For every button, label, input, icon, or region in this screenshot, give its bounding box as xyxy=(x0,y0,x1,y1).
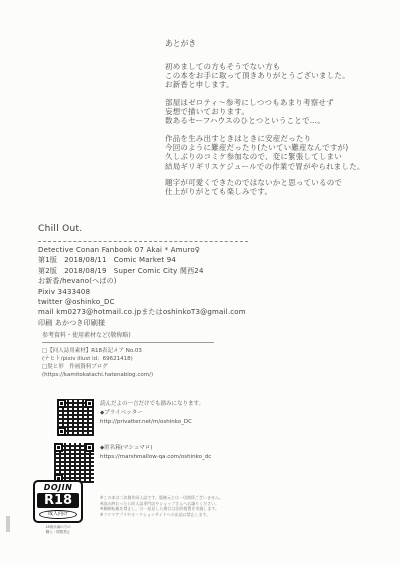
r18-badge-frame: DOJIN R18 成人向け xyxy=(33,480,83,523)
badge-caption: 18歳未満の方の 購入・閲覧禁止 xyxy=(33,525,83,534)
colophon-mail: mail km0273@hotmail.co.jpまたはoshinkoT3@gm… xyxy=(38,307,246,317)
afterword-paragraph-2: 部屋はゼロティ〜参考にしつつもあまり考察せず 妄想で描いております。 数あるセー… xyxy=(165,98,334,126)
marshmallow-url: https://marshmallow-qa.com/oshinko_dc xyxy=(100,453,211,462)
qr-code-privatter xyxy=(55,397,96,438)
afterword-line: 仕上がりがとても楽しみです。 xyxy=(165,187,342,196)
disclaimer-line: ※無断転載を禁止し、万一発見した場合は法的措置を実施します。 xyxy=(100,506,223,512)
privatter-label: ◆プライベッター xyxy=(100,409,204,418)
afterword-line: 部屋はゼロティ〜参考にしつつもあまり考察せず xyxy=(165,98,334,107)
privatter-note: 読んだよの一言だけでも励みになります。 xyxy=(100,400,204,409)
reference-item: (https://kamitokatachi.hatenablog.com/) xyxy=(42,371,153,379)
afterword-line: 初めましての方もそうでない方も xyxy=(165,62,350,71)
afterword-line: 作品を生み出すときはときに安産だったり xyxy=(165,134,365,143)
reference-item: (ナヒト/pixiv illust id：69621418) xyxy=(42,355,153,363)
r18-rating-badge: DOJIN R18 成人向け 18歳未満の方の 購入・閲覧禁止 xyxy=(33,480,83,534)
afterword-title: あとがき xyxy=(165,38,196,49)
marshmallow-block: ◆匿名箱(マシュマロ) https://marshmallow-qa.com/o… xyxy=(100,444,211,462)
colophon-printer: 印刷 あかつき印刷様 xyxy=(38,318,246,328)
afterword-paragraph-3: 作品を生み出すときはときに安産だったり 今回のように難産だったり(たいてい難産な… xyxy=(165,134,365,171)
dojin-label: DOJIN xyxy=(37,483,79,492)
marshmallow-label: ◆匿名箱(マシュマロ) xyxy=(100,444,211,453)
qr-finder-icon xyxy=(85,399,94,408)
dashed-divider xyxy=(38,241,248,242)
adult-only-label: 成人向け xyxy=(39,510,77,519)
afterword-line: 題字が可愛くできたのではないかと思っているので xyxy=(165,178,342,187)
disclaimer-block: ※この本は二次創作同人誌です。版権元とは一切関係ございません。 ※読み終わったら… xyxy=(100,495,223,517)
qr-code-marshmallow xyxy=(52,441,96,485)
colophon-edition-1: 第1版 2018/08/11 Comic Market 94 xyxy=(38,255,246,265)
privatter-block: 読んだよの一言だけでも励みになります。 ◆プライベッター http://priv… xyxy=(100,400,204,427)
qr-finder-icon xyxy=(57,399,66,408)
doujinshi-afterword-page: あとがき 初めましての方もそうでない方も この本をお手に取って頂きありがとうござ… xyxy=(0,0,400,565)
gutter-mark xyxy=(6,516,10,532)
colophon-twitter: twitter @oshinko_DC xyxy=(38,297,246,307)
r18-label: R18 xyxy=(37,493,79,508)
qr-finder-icon xyxy=(57,427,66,436)
references-list: □【同人誌用素材】R18表記メア No.03 (ナヒト/pixiv illust… xyxy=(42,347,153,379)
privatter-url: http://privatter.net/m/oshinko_DC xyxy=(100,418,204,427)
colophon-author: お新香/hevano(へばの) xyxy=(38,276,246,286)
afterword-paragraph-1: 初めましての方もそうでない方も この本をお手に取って頂きありがとうございました。… xyxy=(165,62,350,90)
badge-caption-line: 購入・閲覧禁止 xyxy=(33,530,83,535)
qr-finder-icon xyxy=(85,443,94,452)
series-title: Chill Out. xyxy=(38,224,83,234)
colophon-pixiv-id: Pixiv 3433408 xyxy=(38,287,246,297)
reference-item: □【同人誌用素材】R18表記メア No.03 xyxy=(42,347,153,355)
references-underline xyxy=(42,342,214,343)
disclaimer-line: ※この本は二次創作同人誌です。版権元とは一切関係ございません。 xyxy=(100,495,223,501)
colophon-edition-2: 第2版 2018/08/19 Super Comic City 関西24 xyxy=(38,266,246,276)
reference-item: □髪と形 作画資料ブログ xyxy=(42,363,153,371)
disclaimer-line: ※フリマアプリやオークションサイトへの出品は禁止します。 xyxy=(100,512,223,518)
references-heading: 参考資料・使用素材など(敬称略) xyxy=(42,330,131,339)
afterword-line: お新香と申します。 xyxy=(165,80,350,89)
colophon-book-title: Detective Conan Fanbook 07 Akai * Amuro♀ xyxy=(38,245,246,255)
afterword-line: 久しぶりのコミケ参加なので、変に緊張してしまい xyxy=(165,152,365,161)
colophon-block: Detective Conan Fanbook 07 Akai * Amuro♀… xyxy=(38,245,246,328)
afterword-paragraph-4: 題字が可愛くできたのではないかと思っているので 仕上がりがとても楽しみです。 xyxy=(165,178,342,196)
afterword-line: 数あるセーフハウスのひとつということで…。 xyxy=(165,116,334,125)
qr-finder-icon xyxy=(54,443,63,452)
afterword-line: 結局ギリギリスケジュールでの作業で胃がやられました。 xyxy=(165,162,365,171)
